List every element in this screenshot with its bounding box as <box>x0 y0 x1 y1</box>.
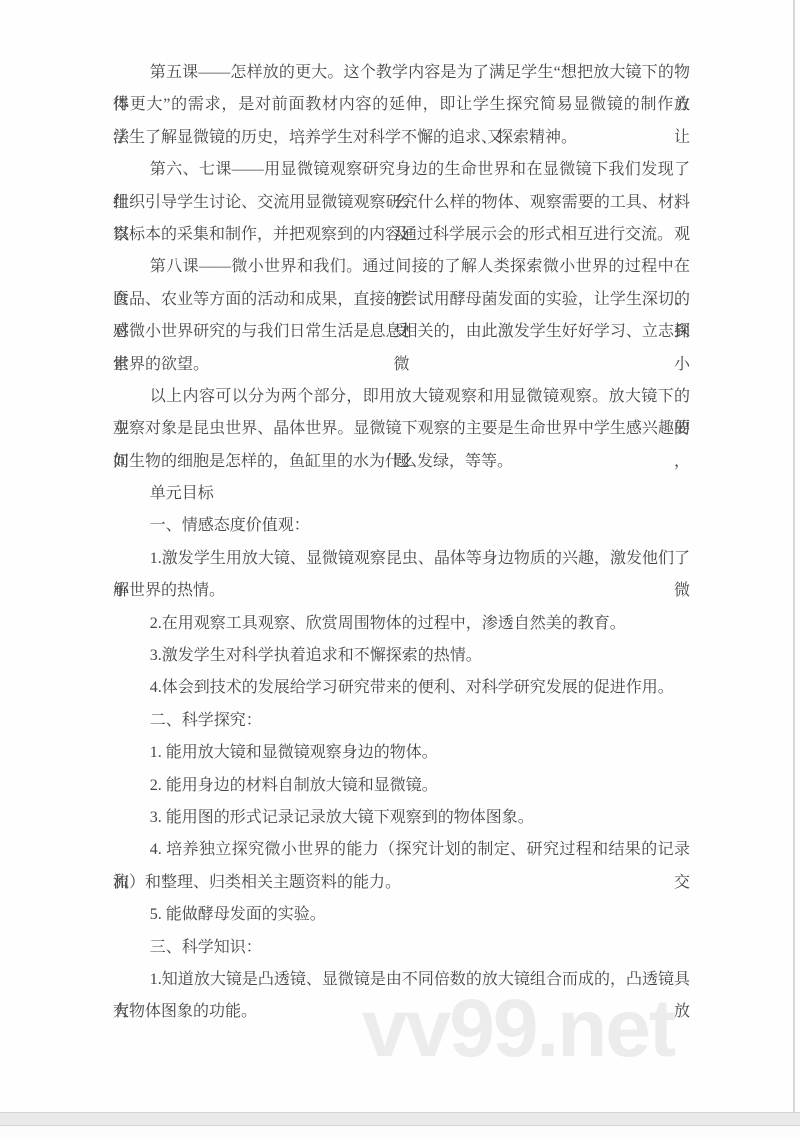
text-line: 1.知道放大镜是凸透镜、显微镜是由不同倍数的放大镜组合而成的，凸透镜具有放 <box>113 964 690 996</box>
text-lines: 第五课——怎样放的更大。这个教学内容是为了满足学生“想把放大镜下的物体放得更大”… <box>113 57 690 1029</box>
text-line: 得更大”的需求，是对前面教材内容的延伸，即让学生探究简易显微镜的制作方法，又让 <box>113 89 690 121</box>
text-line: 组织引导学生讨论、交流用显微镜观察研究什么样的物体、观察需要的工具、材料以及观 <box>113 187 690 219</box>
text-line: 4. 培养独立探究微小世界的能力（探究计划的制定、研究过程和结果的记录和交 <box>113 834 690 866</box>
text-line: 3.激发学生对科学执着追求和不懈探索的热情。 <box>113 640 690 672</box>
text-line: 1. 能用放大镜和显微镜观察身边的物体。 <box>113 737 690 769</box>
text-line: 观察对象是昆虫世界、晶体世界。显微镜下观察的主要是生命世界中学生感兴趣的问题， <box>113 413 690 445</box>
page-separator <box>0 1112 800 1126</box>
text-line: 4.体会到技术的发展给学习研究带来的便利、对科学研究发展的促进作用。 <box>113 672 690 704</box>
text-line: 二、科学探究： <box>113 705 690 737</box>
text-line: 第八课——微小世界和我们。通过间接的了解人类探索微小世界的过程中在医疗、 <box>113 251 690 283</box>
text-line: 2.在用观察工具观察、欣赏周围物体的过程中，渗透自然美的教育。 <box>113 608 690 640</box>
text-line: 第六、七课——用显微镜观察研究身边的生命世界和在显微镜下我们发现了什么。 <box>113 154 690 186</box>
text-line: 第五课——怎样放的更大。这个教学内容是为了满足学生“想把放大镜下的物体放 <box>113 57 690 89</box>
text-line: 一、情感态度价值观： <box>113 510 690 542</box>
text-line: 5. 能做酵母发面的实验。 <box>113 899 690 931</box>
text-line: 单元目标 <box>113 478 690 510</box>
next-page-top <box>0 1126 800 1137</box>
text-line: 三、科学知识： <box>113 932 690 964</box>
text-line: 对微小世界研究的与我们日常生活是息息相关的，由此激发学生好好学习、立志探索微小 <box>113 316 690 348</box>
text-line: 以上内容可以分为两个部分，即用放大镜观察和用显微镜观察。放大镜下的主要 <box>113 381 690 413</box>
text-line: 3. 能用图的形式记录记录放大镜下观察到的物体图象。 <box>113 802 690 834</box>
text-line: 食品、农业等方面的活动和成果，直接的尝试用酵母菌发面的实验，让学生深切的感受到 <box>113 284 690 316</box>
page-edge-line <box>793 0 795 1112</box>
text-line: 1.激发学生用放大镜、显微镜观察昆虫、晶体等身边物质的兴趣，激发他们了解微 <box>113 543 690 575</box>
text-line: 察标本的采集和制作，并把观察到的内容通过科学展示会的形式相互进行交流。 <box>113 219 690 251</box>
document-page: vv99.net 第五课——怎样放的更大。这个教学内容是为了满足学生“想把放大镜… <box>0 0 800 1112</box>
text-line: 2. 能用身边的材料自制放大镜和显微镜。 <box>113 770 690 802</box>
